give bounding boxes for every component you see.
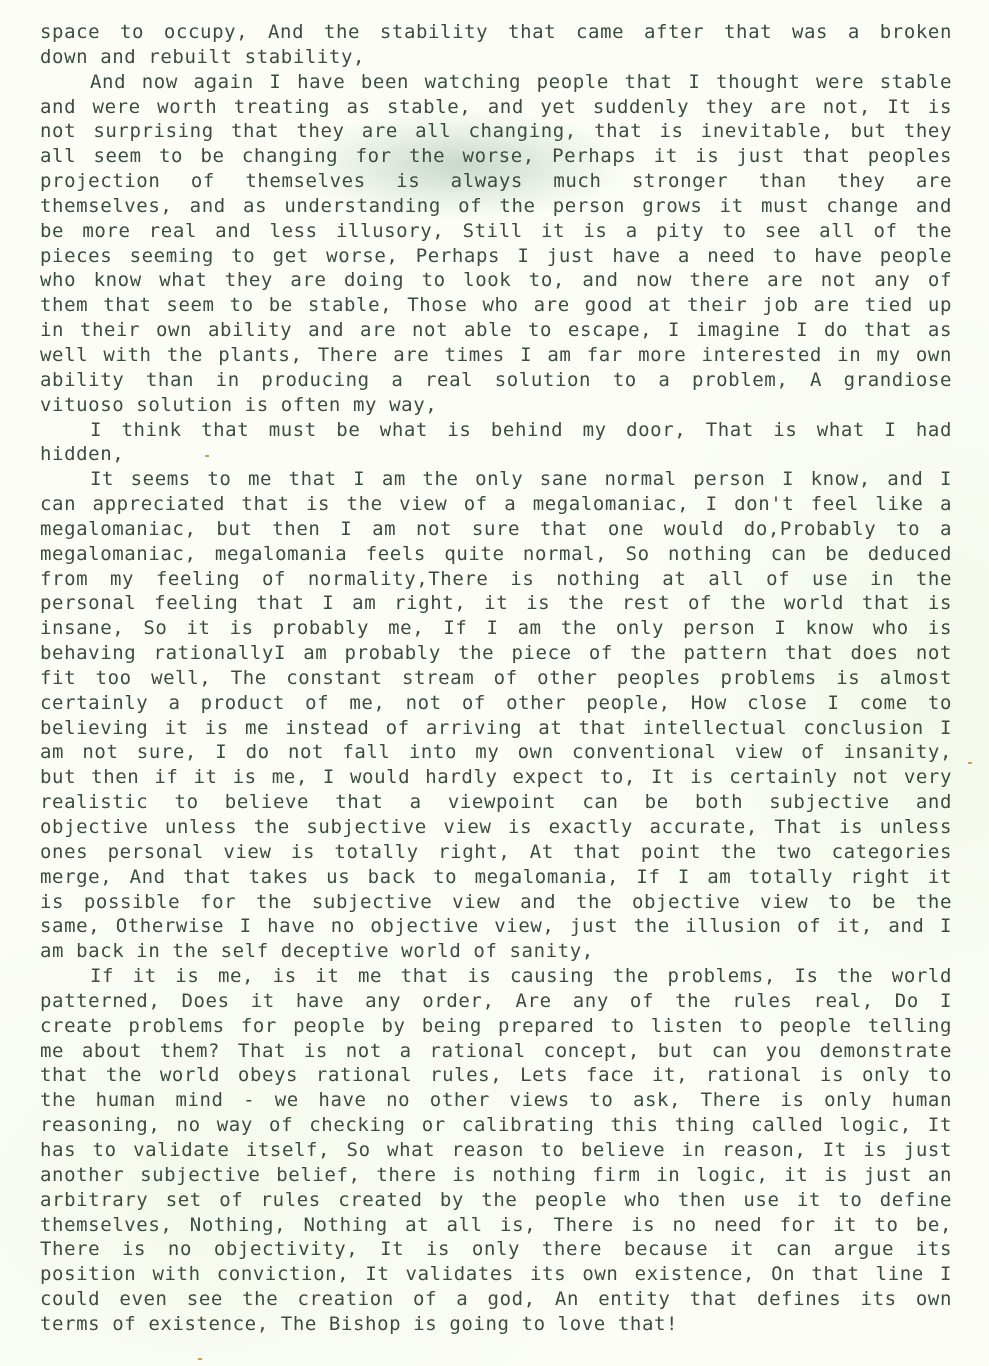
- text-line: am not sure, I do not fall into my own c…: [40, 740, 952, 765]
- ink-speck: [205, 455, 209, 457]
- text-line: be more real and less illusory, Still it…: [40, 219, 952, 244]
- text-line: same, Otherwise I have no objective view…: [40, 914, 952, 939]
- text-line: I think that must be what is behind my d…: [40, 418, 952, 443]
- text-line: position with conviction, It validates i…: [40, 1262, 952, 1287]
- text-line: vituoso solution is often my way,: [40, 393, 952, 418]
- text-line: is possible for the subjective view and …: [40, 890, 952, 915]
- text-line: who know what they are doing to look to,…: [40, 268, 952, 293]
- text-line: has to validate itself, So what reason t…: [40, 1138, 952, 1163]
- text-line: There is no objectivity, It is only ther…: [40, 1237, 952, 1262]
- text-line: down and rebuilt stability,: [40, 45, 952, 70]
- text-line: could even see the creation of a god, An…: [40, 1287, 952, 1312]
- text-line: believing it is me instead of arriving a…: [40, 716, 952, 741]
- text-line: them that seem to be stable, Those who a…: [40, 293, 952, 318]
- text-line: not surprising that they are all changin…: [40, 119, 952, 144]
- text-line: And now again I have been watching peopl…: [40, 70, 952, 95]
- text-line: am back in the self deceptive world of s…: [40, 939, 952, 964]
- text-line: and were worth treating as stable, and y…: [40, 95, 952, 120]
- text-line: create problems for people by being prep…: [40, 1014, 952, 1039]
- text-line: arbitrary set of rules created by the pe…: [40, 1188, 952, 1213]
- text-line: terms of existence, The Bishop is going …: [40, 1312, 952, 1337]
- text-line: me about them? That is not a rational co…: [40, 1039, 952, 1064]
- text-line: patterned, Does it have any order, Are a…: [40, 989, 952, 1014]
- text-line: megalomaniac, megalomania feels quite no…: [40, 542, 952, 567]
- text-line: space to occupy, And the stability that …: [40, 20, 952, 45]
- document-body-text: space to occupy, And the stability that …: [40, 20, 952, 1337]
- text-line: all seem to be changing for the worse, P…: [40, 144, 952, 169]
- text-line: in their own ability and are not able to…: [40, 318, 952, 343]
- text-line: ones personal view is totally right, At …: [40, 840, 952, 865]
- text-line: If it is me, is it me that is causing th…: [40, 964, 952, 989]
- text-line: another subjective belief, there is noth…: [40, 1163, 952, 1188]
- text-line: pieces seeming to get worse, Perhaps I j…: [40, 244, 952, 269]
- text-line: behaving rationallyI am probably the pie…: [40, 641, 952, 666]
- text-line: merge, And that takes us back to megalom…: [40, 865, 952, 890]
- text-line: insane, So it is probably me, If I am th…: [40, 616, 952, 641]
- text-line: well with the plants, There are times I …: [40, 343, 952, 368]
- ink-speck: [198, 1358, 202, 1360]
- text-line: It seems to me that I am the only sane n…: [40, 467, 952, 492]
- text-line: certainly a product of me, not of other …: [40, 691, 952, 716]
- text-line: realistic to believe that a viewpoint ca…: [40, 790, 952, 815]
- text-line: can appreciated that is the view of a me…: [40, 492, 952, 517]
- scanned-page: space to occupy, And the stability that …: [0, 0, 989, 1366]
- text-line: hidden,: [40, 442, 952, 467]
- text-line: the human mind - we have no other views …: [40, 1088, 952, 1113]
- text-line: themselves, Nothing, Nothing at all is, …: [40, 1213, 952, 1238]
- text-line: that the world obeys rational rules, Let…: [40, 1063, 952, 1088]
- text-line: from my feeling of normality,There is no…: [40, 567, 952, 592]
- text-line: reasoning, no way of checking or calibra…: [40, 1113, 952, 1138]
- text-line: megalomaniac, but then I am not sure tha…: [40, 517, 952, 542]
- text-line: personal feeling that I am right, it is …: [40, 591, 952, 616]
- text-line: but then if it is me, I would hardly exp…: [40, 765, 952, 790]
- text-line: ability than in producing a real solutio…: [40, 368, 952, 393]
- text-line: fit too well, The constant stream of oth…: [40, 666, 952, 691]
- text-line: projection of themselves is always much …: [40, 169, 952, 194]
- text-line: objective unless the subjective view is …: [40, 815, 952, 840]
- ink-speck: [968, 762, 972, 764]
- text-line: themselves, and as understanding of the …: [40, 194, 952, 219]
